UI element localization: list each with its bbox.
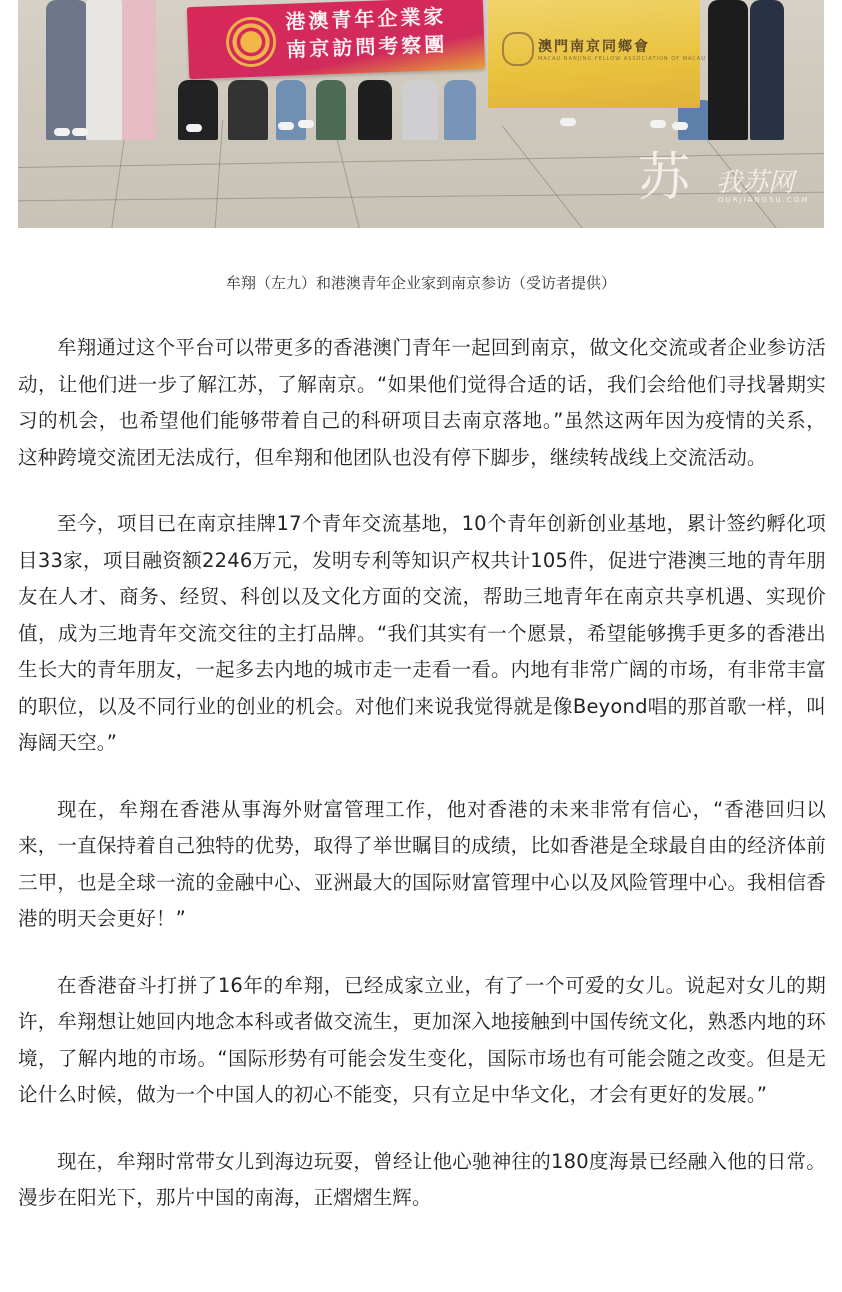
floor-tile-line [18, 192, 824, 201]
person-figure [750, 0, 784, 140]
watermark-logo-icon: 苏 [638, 148, 690, 208]
shoe [298, 120, 314, 128]
paragraph: 在香港奋斗打拼了16年的牟翔，已经成家立业，有了一个可爱的女儿。说起对女儿的期许… [18, 968, 826, 1114]
shoe [650, 120, 666, 128]
paragraph: 牟翔通过这个平台可以带更多的香港澳门青年一起回到南京，做文化交流或者企业参访活动… [18, 330, 826, 476]
person-figure [316, 80, 346, 140]
person-figure [358, 80, 392, 140]
person-figure [122, 0, 156, 140]
paragraph: 现在，牟翔时常带女儿到海边玩耍，曾经让他心驰神往的180度海景已经融入他的日常。… [18, 1144, 826, 1217]
person-figure [46, 0, 88, 140]
shoe [672, 122, 688, 130]
person-figure [708, 0, 748, 140]
person-figure [444, 80, 476, 140]
paragraph: 现在，牟翔在香港从事海外财富管理工作，他对香港的未来非常有信心，“香港回归以来，… [18, 792, 826, 938]
floor-tile-line [335, 132, 363, 228]
red-banner: 港澳青年企業家 南京訪問考察團 [187, 0, 485, 79]
article-photo: 港澳青年企業家 南京訪問考察團 澳門南京同鄉會 MACAU NANJING FE… [18, 0, 824, 228]
red-banner-text: 港澳青年企業家 南京訪問考察團 [285, 2, 448, 64]
yellow-banner: 澳門南京同鄉會 MACAU NANJING FELLOW ASSOCIATION… [488, 0, 700, 108]
article-body: 牟翔通过这个平台可以带更多的香港澳门青年一起回到南京，做文化交流或者企业参访活动… [18, 330, 826, 1247]
paragraph: 至今，项目已在南京挂牌17个青年交流基地，10个青年创新创业基地，累计签约孵化项… [18, 506, 826, 762]
person-figure [228, 80, 268, 140]
shoe [54, 128, 70, 136]
association-logo-icon [502, 32, 534, 66]
person-figure [402, 80, 438, 140]
shoe [72, 128, 88, 136]
photo-caption: 牟翔（左九）和港澳青年企业家到南京参访（受访者提供） [0, 272, 842, 293]
shoe [186, 124, 202, 132]
yellow-banner-title: 澳門南京同鄉會 [538, 36, 650, 56]
watermark-url: OURJIANGSU.COM [718, 196, 809, 204]
red-banner-line2: 南京訪問考察團 [286, 30, 448, 64]
floor-tile-line [18, 153, 824, 168]
shoe [278, 122, 294, 130]
yellow-banner-subtitle: MACAU NANJING FELLOW ASSOCIATION OF MACA… [538, 56, 706, 62]
person-figure [86, 0, 122, 140]
shoe [560, 118, 576, 126]
watermark-name: 我苏网 [716, 162, 794, 199]
banner-emblem-icon [225, 16, 277, 68]
floor-tile-line [502, 126, 595, 228]
person-figure [276, 80, 306, 140]
